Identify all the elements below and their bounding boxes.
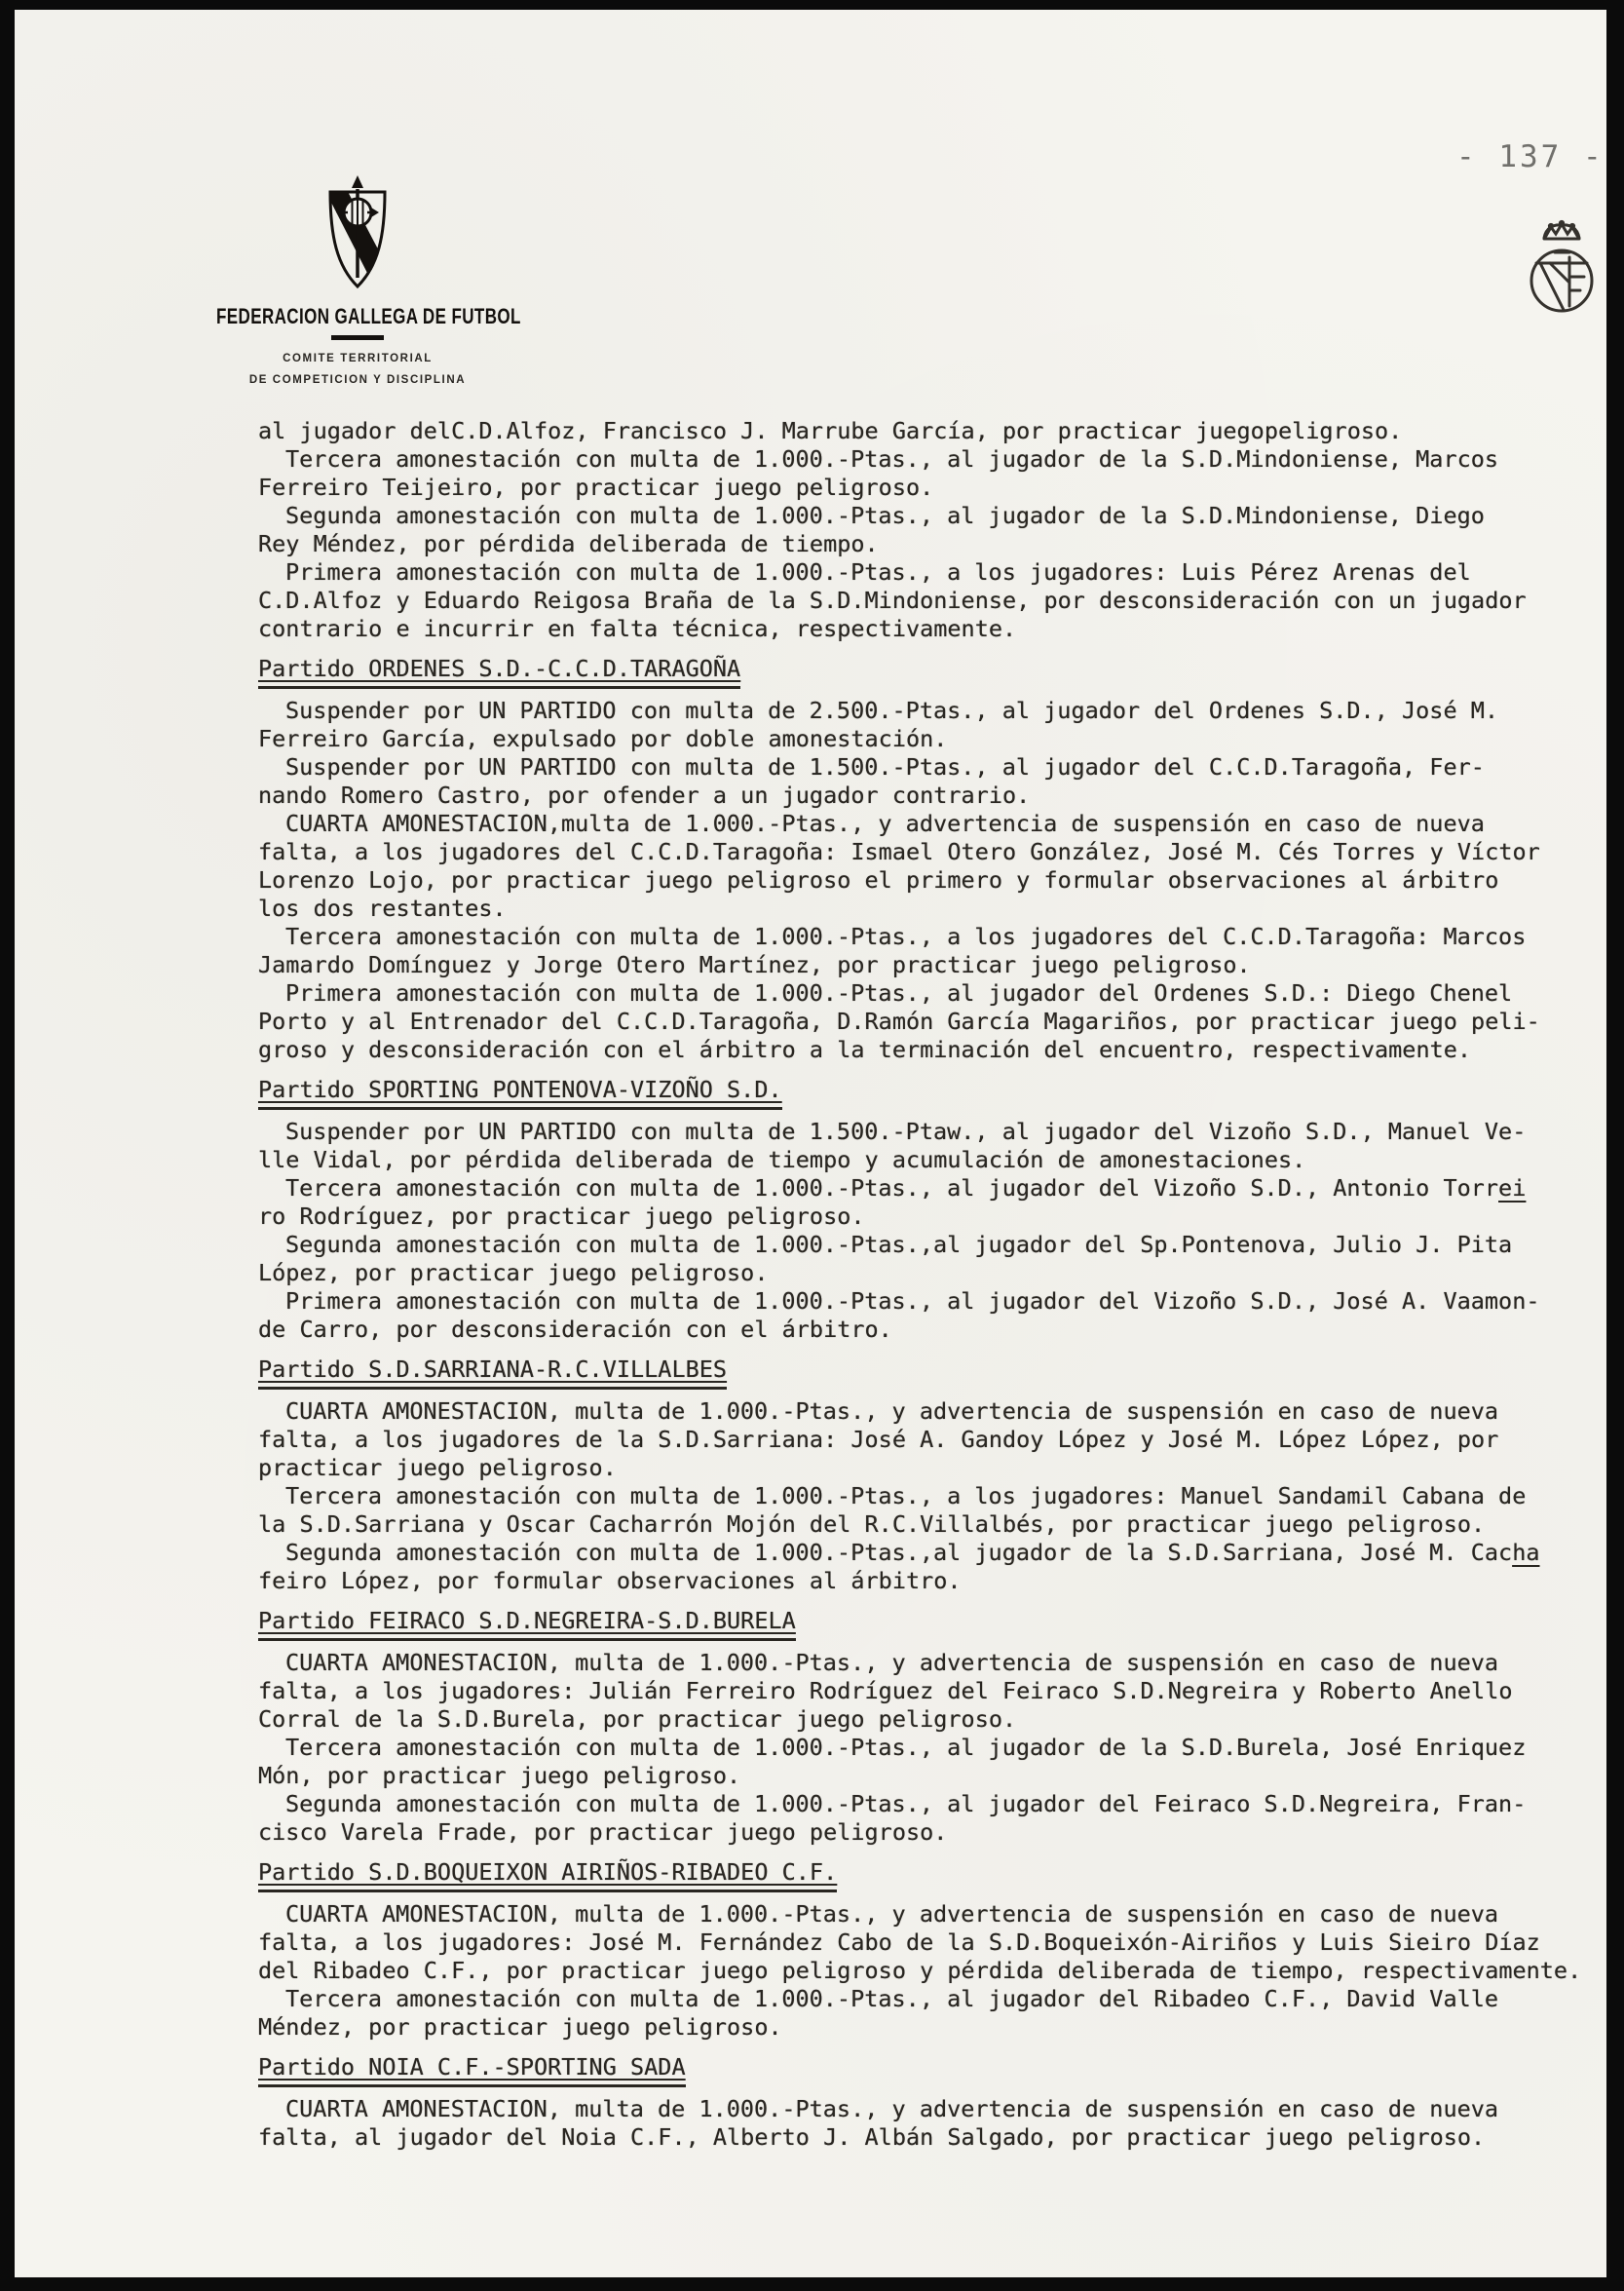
sanction-paragraph: Primera amonestación con multa de 1.000.… — [258, 1287, 1601, 1344]
scan-border-bottom — [0, 2277, 1624, 2291]
text-line: los dos restantes. — [258, 895, 1601, 923]
section: Partido NOIA C.F.-SPORTING SADACUARTA AM… — [258, 2053, 1601, 2152]
scan-border-left — [0, 0, 15, 2291]
text-line: Primera amonestación con multa de 1.000.… — [258, 558, 1601, 587]
text-line: falta, a los jugadores de la S.D.Sarrian… — [258, 1426, 1601, 1454]
committee-line-1: COMITE TERRITORIAL — [216, 348, 499, 369]
sanction-paragraph: Primera amonestación con multa de 1.000.… — [258, 979, 1601, 1064]
sanction-paragraph: Suspender por UN PARTIDO con multa de 2.… — [258, 697, 1601, 753]
text-line: lle Vidal, por pérdida deliberada de tie… — [258, 1146, 1601, 1174]
match-heading: Partido ORDENES S.D.-C.C.D.TARAGOÑA — [258, 655, 1601, 692]
text-line: contrario e incurrir en falta técnica, r… — [258, 615, 1601, 643]
text-line: Suspender por UN PARTIDO con multa de 1.… — [258, 753, 1601, 782]
text-line: Porto y al Entrenador del C.C.D.Taragoña… — [258, 1008, 1601, 1036]
sanction-paragraph: Segunda amonestación con multa de 1.000.… — [258, 502, 1601, 558]
match-heading: Partido S.D.SARRIANA-R.C.VILLALBES — [258, 1356, 1601, 1393]
sanction-paragraph: CUARTA AMONESTACION, multa de 1.000.-Pta… — [258, 1900, 1601, 1985]
letterhead-divider — [331, 335, 384, 340]
text-line: la S.D.Sarriana y Oscar Cacharrón Mojón … — [258, 1510, 1601, 1539]
text-line: Tercera amonestación con multa de 1.000.… — [258, 1985, 1601, 2013]
text-line: practicar juego peligroso. — [258, 1454, 1601, 1482]
text-line: cisco Varela Frade, por practicar juego … — [258, 1818, 1601, 1847]
sanction-paragraph: Primera amonestación con multa de 1.000.… — [258, 558, 1601, 643]
section: Partido ORDENES S.D.-C.C.D.TARAGOÑASuspe… — [258, 655, 1601, 1064]
section: Partido S.D.SARRIANA-R.C.VILLALBESCUARTA… — [258, 1356, 1601, 1595]
text-line: Primera amonestación con multa de 1.000.… — [258, 979, 1601, 1008]
text-line: Ferreiro Teijeiro, por practicar juego p… — [258, 474, 1601, 502]
sanction-paragraph: Tercera amonestación con multa de 1.000.… — [258, 923, 1601, 979]
text-line: CUARTA AMONESTACION, multa de 1.000.-Pta… — [258, 1900, 1601, 1928]
text-line: C.D.Alfoz y Eduardo Reigosa Braña de la … — [258, 587, 1601, 615]
text-line: CUARTA AMONESTACION,multa de 1.000.-Ptas… — [258, 810, 1601, 838]
text-line: falta, a los jugadores: Julián Ferreiro … — [258, 1677, 1601, 1705]
page-number: - 137 - — [1456, 139, 1612, 174]
text-line: Ferreiro García, expulsado por doble amo… — [258, 725, 1601, 753]
text-line: Suspender por UN PARTIDO con multa de 2.… — [258, 697, 1601, 725]
match-heading: Partido S.D.BOQUEIXON AIRIÑOS-RIBADEO C.… — [258, 1858, 1601, 1895]
text-line: Segunda amonestación con multa de 1.000.… — [258, 1231, 1601, 1259]
text-line: Méndez, por practicar juego peligroso. — [258, 2013, 1601, 2042]
sanction-paragraph: CUARTA AMONESTACION, multa de 1.000.-Pta… — [258, 2095, 1601, 2152]
match-heading: Partido NOIA C.F.-SPORTING SADA — [258, 2053, 1601, 2090]
match-heading-text: Partido S.D.SARRIANA-R.C.VILLALBES — [258, 1356, 727, 1390]
scan-border-top — [0, 0, 1624, 10]
sanction-paragraph: CUARTA AMONESTACION, multa de 1.000.-Pta… — [258, 1397, 1601, 1482]
text-line: nando Romero Castro, por ofender a un ju… — [258, 782, 1601, 810]
sanction-paragraph: al jugador delC.D.Alfoz, Francisco J. Ma… — [258, 417, 1601, 445]
sanction-paragraph: Suspender por UN PARTIDO con multa de 1.… — [258, 753, 1601, 810]
text-line: Jamardo Domínguez y Jorge Otero Martínez… — [258, 951, 1601, 979]
sanction-paragraph: Tercera amonestación con multa de 1.000.… — [258, 1734, 1601, 1790]
scanned-document-page: - 137 - FEDERACION GALLEGA DE FUTBOL COM… — [0, 0, 1624, 2291]
text-line: de Carro, por desconsideración con el ár… — [258, 1316, 1601, 1344]
sanction-paragraph: CUARTA AMONESTACION, multa de 1.000.-Pta… — [258, 1649, 1601, 1734]
section: al jugador delC.D.Alfoz, Francisco J. Ma… — [258, 417, 1601, 643]
text-line: falta, a los jugadores del C.C.D.Taragoñ… — [258, 838, 1601, 866]
text-line: falta, al jugador del Noia C.F., Alberto… — [258, 2123, 1601, 2152]
scan-border-right — [1606, 0, 1624, 2291]
text-line: Segunda amonestación con multa de 1.000.… — [258, 1790, 1601, 1818]
match-heading: Partido SPORTING PONTENOVA-VIZOÑO S.D. — [258, 1076, 1601, 1113]
match-heading-text: Partido NOIA C.F.-SPORTING SADA — [258, 2053, 686, 2087]
sanction-paragraph: Segunda amonestación con multa de 1.000.… — [258, 1790, 1601, 1847]
organization-name: FEDERACION GALLEGA DE FUTBOL — [216, 304, 499, 329]
section: Partido FEIRACO S.D.NEGREIRA-S.D.BURELAC… — [258, 1607, 1601, 1847]
section: Partido S.D.BOQUEIXON AIRIÑOS-RIBADEO C.… — [258, 1858, 1601, 2042]
match-heading-text: Partido FEIRACO S.D.NEGREIRA-S.D.BURELA — [258, 1607, 796, 1641]
sanction-paragraph: Tercera amonestación con multa de 1.000.… — [258, 445, 1601, 502]
text-line: Corral de la S.D.Burela, por practicar j… — [258, 1705, 1601, 1734]
text-line: groso y desconsideración con el árbitro … — [258, 1036, 1601, 1064]
federation-shield-logo-icon — [322, 175, 393, 300]
section: Partido SPORTING PONTENOVA-VIZOÑO S.D.Su… — [258, 1076, 1601, 1344]
text-line: Tercera amonestación con multa de 1.000.… — [258, 445, 1601, 474]
text-line: feiro López, por formular observaciones … — [258, 1567, 1601, 1595]
text-line: Rey Méndez, por pérdida deliberada de ti… — [258, 530, 1601, 558]
document-body: al jugador delC.D.Alfoz, Francisco J. Ma… — [258, 417, 1601, 2152]
match-heading-text: Partido S.D.BOQUEIXON AIRIÑOS-RIBADEO C.… — [258, 1858, 837, 1892]
committee-line-2: DE COMPETICION Y DISCIPLINA — [216, 369, 499, 391]
sanction-paragraph: Segunda amonestación con multa de 1.000.… — [258, 1539, 1601, 1595]
sanction-paragraph: Suspender por UN PARTIDO con multa de 1.… — [258, 1118, 1601, 1174]
text-line: Tercera amonestación con multa de 1.000.… — [258, 1482, 1601, 1510]
sanction-paragraph: Tercera amonestación con multa de 1.000.… — [258, 1482, 1601, 1539]
match-heading: Partido FEIRACO S.D.NEGREIRA-S.D.BURELA — [258, 1607, 1601, 1644]
letterhead: FEDERACION GALLEGA DE FUTBOL COMITE TERR… — [216, 175, 499, 391]
text-line: CUARTA AMONESTACION, multa de 1.000.-Pta… — [258, 2095, 1601, 2123]
text-line: CUARTA AMONESTACION, multa de 1.000.-Pta… — [258, 1397, 1601, 1426]
sanction-paragraph: Tercera amonestación con multa de 1.000.… — [258, 1174, 1601, 1231]
match-heading-text: Partido ORDENES S.D.-C.C.D.TARAGOÑA — [258, 655, 740, 689]
match-heading-text: Partido SPORTING PONTENOVA-VIZOÑO S.D. — [258, 1076, 782, 1110]
text-line: Món, por practicar juego peligroso. — [258, 1762, 1601, 1790]
text-line: Segunda amonestación con multa de 1.000.… — [258, 502, 1601, 530]
text-line: Primera amonestación con multa de 1.000.… — [258, 1287, 1601, 1316]
text-line: Tercera amonestación con multa de 1.000.… — [258, 923, 1601, 951]
text-line: Tercera amonestación con multa de 1.000.… — [258, 1734, 1601, 1762]
royal-crest-stamp-icon — [1523, 212, 1601, 324]
sanction-paragraph: CUARTA AMONESTACION,multa de 1.000.-Ptas… — [258, 810, 1601, 923]
text-line: ro Rodríguez, por practicar juego peligr… — [258, 1203, 1601, 1231]
text-line: del Ribadeo C.F., por practicar juego pe… — [258, 1957, 1601, 1985]
text-line: CUARTA AMONESTACION, multa de 1.000.-Pta… — [258, 1649, 1601, 1677]
text-line: Suspender por UN PARTIDO con multa de 1.… — [258, 1118, 1601, 1146]
sanction-paragraph: Segunda amonestación con multa de 1.000.… — [258, 1231, 1601, 1287]
text-line: Lorenzo Lojo, por practicar juego peligr… — [258, 866, 1601, 895]
text-line: Tercera amonestación con multa de 1.000.… — [258, 1174, 1601, 1203]
text-line: falta, a los jugadores: José M. Fernánde… — [258, 1928, 1601, 1957]
text-line: al jugador delC.D.Alfoz, Francisco J. Ma… — [258, 417, 1601, 445]
text-line: López, por practicar juego peligroso. — [258, 1259, 1601, 1287]
text-line: Segunda amonestación con multa de 1.000.… — [258, 1539, 1601, 1567]
sanction-paragraph: Tercera amonestación con multa de 1.000.… — [258, 1985, 1601, 2042]
